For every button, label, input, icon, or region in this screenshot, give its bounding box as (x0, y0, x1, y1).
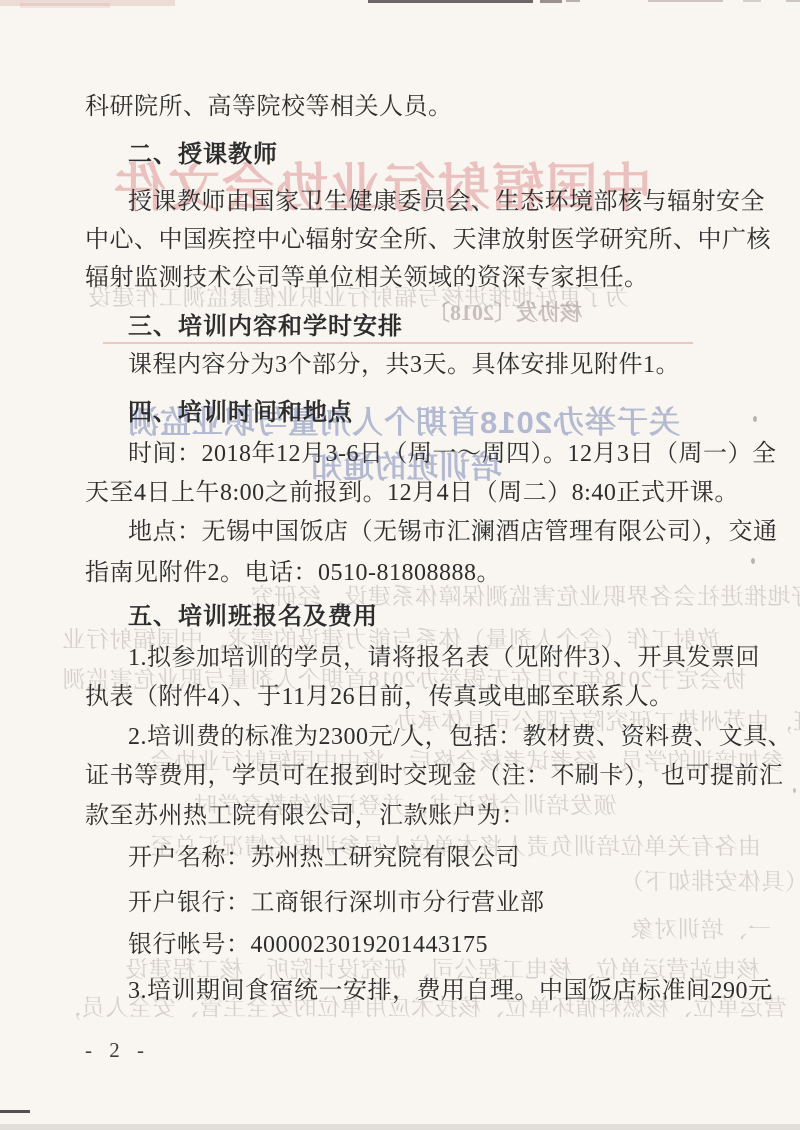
scan-smudge (368, 0, 533, 3)
text-line: 3.培训期间食宿统一安排，费用自理。中国饭店标准间290元 (128, 978, 773, 1006)
text-line: 时间：2018年12月3-6日（周一～周四）。12月3日（周一）全 (128, 441, 777, 469)
text-line: 科研院所、高等院校等相关人员。 (85, 94, 453, 122)
page-number: - 2 - (85, 1038, 150, 1063)
text-line: 课程内容分为3个部分，共3天。具体安排见附件1。 (128, 352, 680, 380)
scan-bottom-band (0, 1124, 800, 1130)
scan-speck (754, 645, 757, 650)
text-line: 授课教师由国家卫生健康委员会、生态环境部核与辐射安全 (128, 189, 765, 217)
showthrough-red-rule (103, 342, 693, 344)
text-line: 证书等费用，学员可在报到时交现金（注：不刷卡），也可提前汇 (85, 763, 784, 791)
section-heading: 五、培训班报名及费用 (128, 603, 378, 631)
showthrough-gray-line: （具体安排如下） (620, 870, 800, 893)
showthrough-doc-number: 核协发〔2018〕 (428, 302, 582, 324)
scan-speck (753, 416, 757, 422)
text-line: 中心、中国疾控中心辐射安全所、天津放射医学研究所、中广核 (85, 227, 771, 255)
text-line: 银行帐号：4000023019201443175 (128, 932, 488, 960)
text-line: 2.培训费的标准为2300元/人，包括：教材费、资料费、文具、 (128, 724, 792, 752)
text-line: 地点：无锡中国饭店（无锡市汇澜酒店管理有限公司），交通 (128, 519, 778, 547)
scan-smudge (743, 0, 761, 2)
scan-smudge (648, 0, 723, 2)
showthrough-gray-line: 一、培训对象 (630, 918, 771, 941)
text-line: 天至4日上午8:00之前报到。12月4日（周二）8:40正式开课。 (85, 480, 739, 508)
text-line: 指南见附件2。电话：0510-81808888。 (85, 560, 501, 588)
scan-speck (793, 788, 796, 793)
scan-bottom-left-line (0, 1110, 30, 1113)
scan-smudge (566, 0, 580, 2)
section-heading: 四、培训时间和地点 (128, 399, 353, 427)
scan-smudge (20, 3, 110, 8)
section-heading: 三、培训内容和学时安排 (128, 313, 403, 341)
text-line: 开户银行：工商银行深圳市分行营业部 (128, 890, 545, 918)
text-line: 1.拟参加培训的学员，请将报名表（见附件3）、开具发票回 (128, 645, 760, 673)
text-line: 辐射监测技术公司等单位相关领域的资深专家担任。 (85, 265, 649, 293)
scanned-document-page: - 2 - 中国辐射行业协会文件核协发〔2018〕关于举办2018首期个人剂量与… (0, 0, 800, 1130)
scan-smudge (786, 0, 800, 2)
text-line: 开户名称：苏州热工研究院有限公司 (128, 845, 520, 873)
scan-speck (751, 558, 755, 564)
section-heading: 二、授课教师 (128, 141, 278, 169)
text-line: 执表（附件4）、于11月26日前，传真或电邮至联系人。 (85, 684, 674, 712)
text-line: 款至苏州热工院有限公司，汇款账户为： (85, 803, 526, 831)
scan-smudge (540, 0, 562, 3)
